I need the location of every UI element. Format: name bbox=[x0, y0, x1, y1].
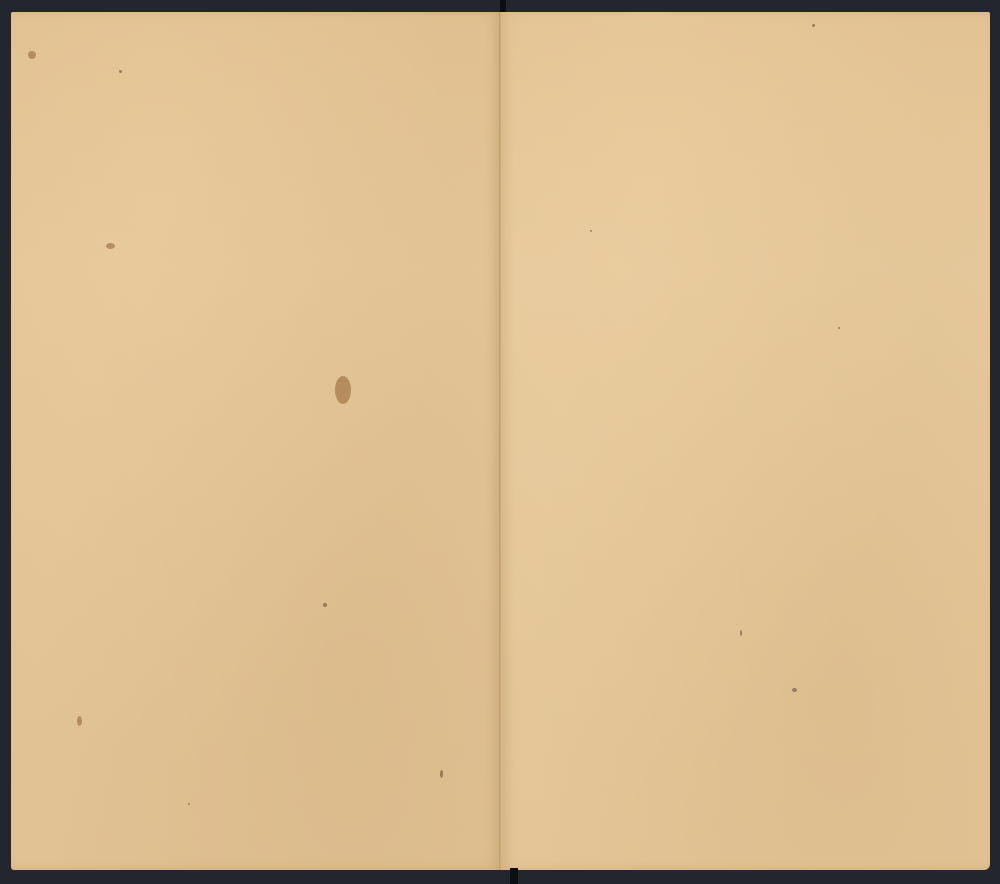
paper-speck bbox=[440, 770, 443, 778]
paper-speck bbox=[323, 603, 327, 607]
paper-speck bbox=[188, 803, 190, 805]
book-spread bbox=[0, 0, 1000, 884]
paper-speck bbox=[838, 327, 840, 329]
right-page bbox=[501, 12, 990, 870]
paper-speck bbox=[740, 630, 742, 636]
paper-speck bbox=[792, 688, 797, 692]
foxing-stain bbox=[106, 243, 115, 249]
paper-speck bbox=[590, 230, 592, 232]
foxing-stain bbox=[335, 376, 351, 404]
paper-speck bbox=[119, 70, 122, 73]
paper-speck bbox=[812, 24, 815, 27]
left-page bbox=[11, 12, 500, 870]
spine-edge-top bbox=[500, 0, 506, 12]
foxing-stain bbox=[77, 716, 82, 726]
spine-edge-bottom bbox=[510, 868, 518, 884]
foxing-stain bbox=[28, 51, 36, 59]
